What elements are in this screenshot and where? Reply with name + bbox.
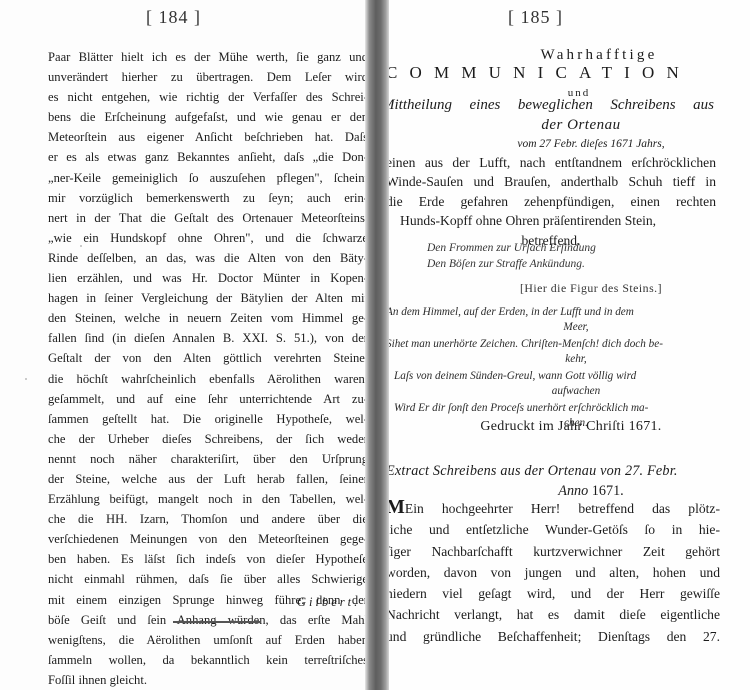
text-line: che die HH. Izarn, Thomſon und andere üb… [48,509,368,529]
letter-line: worden, davon von jungen und alten, hohe… [386,562,720,583]
extract-heading: Extract Schreibens aus der Ortenau von 2… [386,463,750,480]
text-line: mir vorzüglich bemerkenswerth zu ſeyn; a… [48,188,368,208]
scan-speck [25,378,27,380]
text-line: Paar Blätter hielt ich es der Mühe werth… [48,47,368,67]
text-line: Foſſil ihnen gleicht. [48,670,368,690]
text-line: hagen in ſeiner Vergleichung der Bätylie… [48,288,368,308]
text-line: es nicht entgehen, wie richtig der Verfa… [48,87,368,107]
subtitle-line: Hunds-Kopff ohne Ohren präſentirenden St… [386,211,716,230]
motto: Den Frommen zur Urſach Erſindung Den Böſ… [427,240,750,272]
text-line: nicht einmahl rühmen, daſs ſie über alle… [48,569,368,589]
verse-line: Wird Er dir ſonſt den Proceſs unerhört e… [386,401,726,416]
text-line: ſammeln wollen, da bekanntlich kein terr… [48,650,368,670]
motto-line: Den Frommen zur Urſach Erſindung [427,240,750,256]
right-page: [ 185 ] Wahrhafftige COMMUNICATION und M… [372,0,750,690]
verse-line: Laſs von deinem Sünden-Greul, wann Gott … [386,369,726,384]
text-line: die höchſt wahrſcheinlich ebenfalls Aëro… [48,369,368,389]
title-date: vom 27 Febr. dieſes 1671 Jahrs, [372,138,750,150]
text-line: der Steine, welche aus der Luft herab fa… [48,469,368,489]
letter-first-line: Ein hochgeehrter Herr! betreffend das pl… [405,501,720,516]
subtitle-line: einen aus der Lufft, nach entſtandnem er… [386,153,716,172]
text-line: „wie ein Hundskopf ohne Ohren", und die … [48,228,368,248]
letter-line: MEin hochgeehrter Herr! betreffend das p… [386,498,720,519]
subtitle-block: einen aus der Lufft, nach entſtandnem er… [386,153,716,250]
motto-line: Den Böſen zur Straffe Ankündung. [427,256,750,272]
text-line: fallen ſind (in dieſen Annalen B. XXI. S… [48,328,368,348]
anno-word: Anno [558,483,588,499]
text-line: Meteorſtein aus eigener Anſicht beſchrie… [48,127,368,147]
text-line: ben haben. Es läſst ſich indeſs von dieſ… [48,549,368,569]
left-page-body: Paar Blätter hielt ich es der Mühe werth… [48,47,368,690]
text-line: unverändert hierher zu übertragen. Dem L… [48,67,368,87]
verse-line: Sihet man unerhörte Zeichen. Chriſten-Me… [386,337,726,352]
text-line: bens die Erſcheinung aufgefaſst, und wie… [48,107,368,127]
text-line: verſchiedenen Meinungen von den Meteorſt… [48,529,368,549]
subtitle-line: die Erde gefahren zehenpfündigen, einen … [386,192,716,211]
text-line: nert in der That die Geſtalt des Ortenau… [48,208,368,228]
page-number-left: [ 184 ] [146,7,201,28]
title-wahrhafftige: Wahrhafftige [372,47,750,64]
text-line: Rinde deſſelben, an das, was die Alten v… [48,248,368,268]
text-line: Erzählung beifügt, mangelt noch in den T… [48,489,368,509]
title-ortenau: der Ortenau [372,117,750,134]
verse-continuation: Meer, [386,320,726,335]
section-rule [173,621,260,623]
text-line: böſe Geiſt und ſein Anhang würden, das e… [48,610,368,630]
anno-year: 1671. [588,483,623,499]
verse-line: An dem Himmel, auf der Erden, in der Luf… [386,305,726,320]
text-line: geſammelt, und auf eine ſehr unterrichte… [48,389,368,409]
subtitle-line: Winde-Sauſen und Brauſen, anderthalb Sch… [386,172,716,191]
text-line: „ner-Keile gemeiniglich ſo auszuſehen pf… [48,168,368,188]
verse-continuation: kehr, [386,352,726,367]
letter-body: MEin hochgeehrter Herr! betreffend das p… [386,498,720,647]
verse-block: An dem Himmel, auf der Erden, in der Luf… [386,305,726,431]
letter-line: niedern viel geſagt wird, und der Herr g… [386,583,720,604]
text-line: nennt noch näher charakteriſirt, über de… [48,449,368,469]
book-gutter-shadow [365,0,389,690]
title-mittheilung: Mittheilung eines beweglichen Schreibens… [382,97,714,114]
text-line: er es als etwas ganz Bekanntes anſieht, … [48,147,368,167]
letter-line: liche und entſetzliche Wunder-Getöſs ſo … [386,519,720,540]
figure-placeholder-note: [Hier die Figur des Steins.] [372,281,750,296]
text-line: den Steinen, welche in neuern Zeiten vom… [48,308,368,328]
text-line: lien erzählen, und was Hr. Doctor Münter… [48,268,368,288]
text-line: ſammen geſtellt hat. Die originelle Hypo… [48,409,368,429]
verse-continuation: aufwachen [386,384,726,399]
letter-line: und gründliche Beſchaffenheit; Dienſtags… [386,626,720,647]
signature: Gilbert. [297,595,360,610]
printed-note: Gedruckt im Jahr Chriſti 1671. [372,419,750,435]
scan-speck [80,245,82,247]
title-communication: COMMUNICATION [386,63,746,83]
page-number-right: [ 185 ] [508,7,563,28]
text-line: che der Urheber dieſes Schreibens, der ſ… [48,429,368,449]
text-line: Geſtalt der von den Alten göttlich vereh… [48,348,368,368]
letter-line: Nachricht verlangt, hat es damit dieſe e… [386,604,720,625]
text-line: wenigſtens, die Aërolithen umſonſt auf E… [48,630,368,650]
letter-line: ſiger Nachbarſchafft kurtzverwichner Zei… [386,541,720,562]
left-page: [ 184 ] Paar Blätter hielt ich es der Mü… [0,0,372,690]
